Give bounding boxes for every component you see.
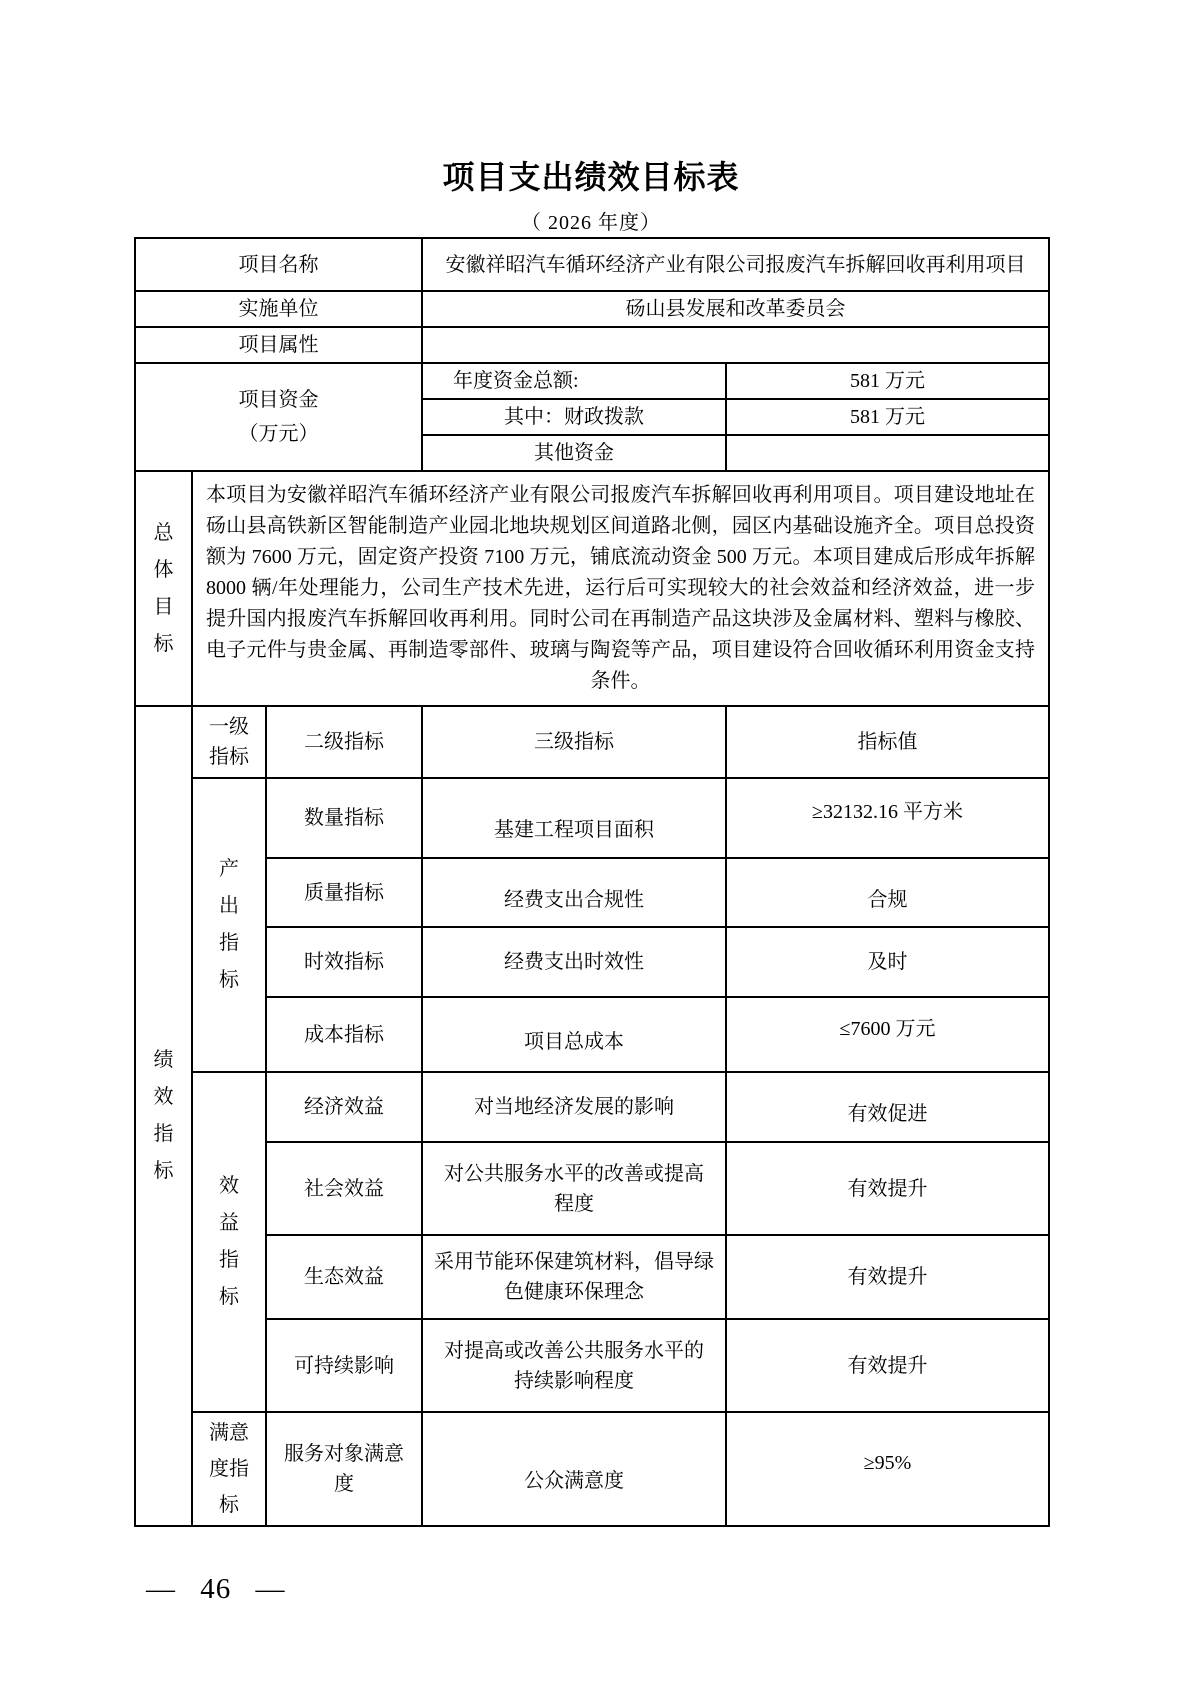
page-number: — 46 — [146,1573,286,1606]
header-value: 指标值 [726,706,1049,778]
annual-total-value: 581 万元 [726,363,1049,399]
annual-total-label: 年度资金总额: [422,363,726,399]
indicator-level2: 成本指标 [266,997,422,1072]
indicator-value: ≥95% [726,1412,1049,1526]
header-level2: 二级指标 [266,706,422,778]
benefit-group-label: 效 益 指 标 [192,1072,266,1412]
overall-goal-label: 总 体 目 标 [135,471,192,706]
table-row: 成本指标 项目总成本 ≤7600 万元 [135,997,1049,1072]
implementing-unit-value: 砀山县发展和改革委员会 [422,291,1049,327]
indicator-level3: 项目总成本 [422,997,726,1072]
indicator-level2: 服务对象满意 度 [266,1412,422,1526]
table-row: 社会效益 对公共服务水平的改善或提高 程度 有效提升 [135,1142,1049,1235]
table-row: 效 益 指 标 经济效益 对当地经济发展的影响 有效促进 [135,1072,1049,1142]
indicator-level2: 质量指标 [266,858,422,927]
project-name-label: 项目名称 [135,238,422,291]
indicator-level3: 公众满意度 [422,1412,726,1526]
indicator-value: 合规 [726,858,1049,927]
fiscal-allocation-label: 其中：财政拨款 [422,399,726,435]
document-subtitle: （ 2026 年度） [134,206,1048,235]
table-row: 时效指标 经费支出时效性 及时 [135,927,1049,997]
indicator-level3: 基建工程项目面积 [422,778,726,858]
satisfaction-group-label: 满意 度指 标 [192,1412,266,1526]
indicator-value: ≥32132.16 平方米 [726,778,1049,858]
table-row: 质量指标 经费支出合规性 合规 [135,858,1049,927]
header-level1: 一级 指标 [192,706,266,778]
performance-indicators-label: 绩 效 指 标 [135,706,192,1526]
table-row: 总 体 目 标 本项目为安徽祥昭汽车循环经济产业有限公司报废汽车拆解回收再利用项… [135,471,1049,706]
indicator-level3: 对当地经济发展的影响 [422,1072,726,1142]
project-attribute-label: 项目属性 [135,327,422,363]
indicator-level2: 社会效益 [266,1142,422,1235]
indicator-value: 有效提升 [726,1319,1049,1412]
other-funds-label: 其他资金 [422,435,726,471]
indicator-level3: 经费支出时效性 [422,927,726,997]
other-funds-value [726,435,1049,471]
indicator-level2: 可持续影响 [266,1319,422,1412]
indicator-level2: 数量指标 [266,778,422,858]
table-row: 项目属性 [135,327,1049,363]
table-row: 产 出 指 标 数量指标 基建工程项目面积 ≥32132.16 平方米 [135,778,1049,858]
overall-goal-text: 本项目为安徽祥昭汽车循环经济产业有限公司报废汽车拆解回收再利用项目。项目建设地址… [192,471,1049,706]
indicator-level3: 经费支出合规性 [422,858,726,927]
indicator-value: 有效提升 [726,1235,1049,1319]
indicator-level2: 生态效益 [266,1235,422,1319]
table-row: 生态效益 采用节能环保建筑材料，倡导绿 色健康环保理念 有效提升 [135,1235,1049,1319]
project-name-value: 安徽祥昭汽车循环经济产业有限公司报废汽车拆解回收再利用项目 [422,238,1049,291]
document-page: 项目支出绩效目标表 （ 2026 年度） 项目名称 安徽祥昭汽车循环经济产业有限… [0,0,1190,1683]
table-row: 可持续影响 对提高或改善公共服务水平的 持续影响程度 有效提升 [135,1319,1049,1412]
implementing-unit-label: 实施单位 [135,291,422,327]
indicator-value: ≤7600 万元 [726,997,1049,1072]
indicator-value: 及时 [726,927,1049,997]
indicator-level2: 时效指标 [266,927,422,997]
indicator-level3: 对公共服务水平的改善或提高 程度 [422,1142,726,1235]
table-row: 项目名称 安徽祥昭汽车循环经济产业有限公司报废汽车拆解回收再利用项目 [135,238,1049,291]
table-row: 满意 度指 标 服务对象满意 度 公众满意度 ≥95% [135,1412,1049,1526]
document-title: 项目支出绩效目标表 [134,152,1048,198]
indicator-value: 有效提升 [726,1142,1049,1235]
header-level3: 三级指标 [422,706,726,778]
output-group-label: 产 出 指 标 [192,778,266,1072]
table-row: 实施单位 砀山县发展和改革委员会 [135,291,1049,327]
indicator-level3: 采用节能环保建筑材料，倡导绿 色健康环保理念 [422,1235,726,1319]
table-row: 绩 效 指 标 一级 指标 二级指标 三级指标 指标值 [135,706,1049,778]
project-attribute-value [422,327,1049,363]
project-funding-label: 项目资金 （万元） [135,363,422,471]
fiscal-allocation-value: 581 万元 [726,399,1049,435]
performance-target-table: 项目名称 安徽祥昭汽车循环经济产业有限公司报废汽车拆解回收再利用项目 实施单位 … [134,237,1050,1527]
indicator-level3: 对提高或改善公共服务水平的 持续影响程度 [422,1319,726,1412]
table-row: 项目资金 （万元） 年度资金总额: 581 万元 [135,363,1049,399]
indicator-level2: 经济效益 [266,1072,422,1142]
indicator-value: 有效促进 [726,1072,1049,1142]
